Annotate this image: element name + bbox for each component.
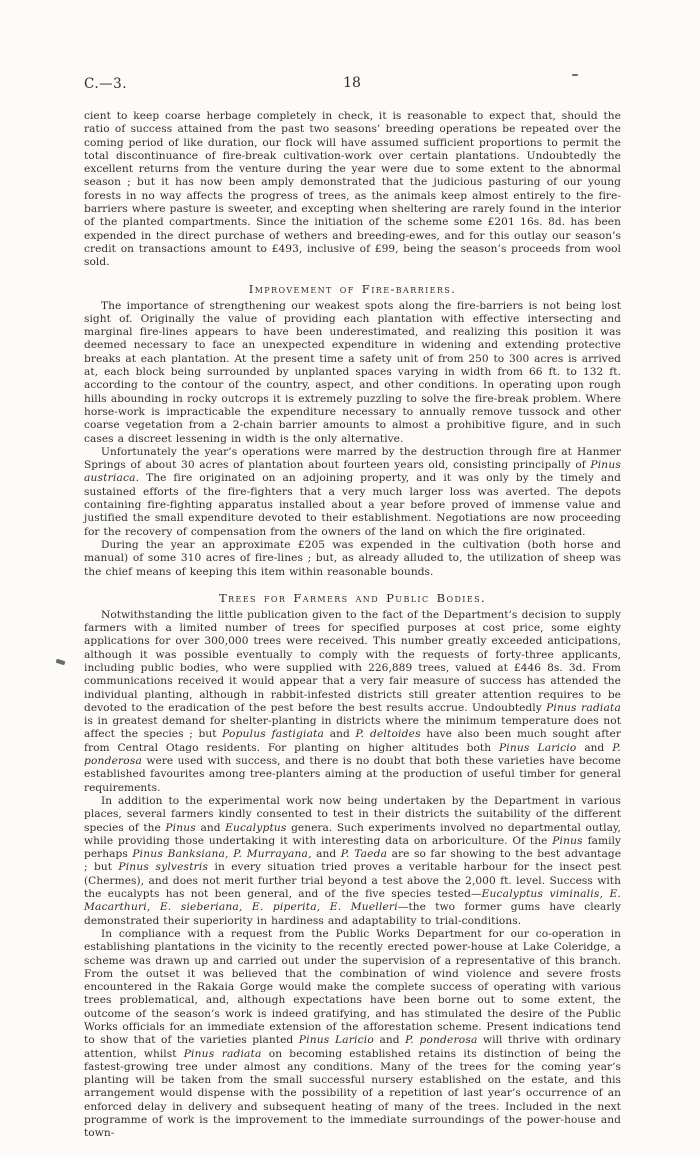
- paragraph: Notwithstanding the little publication g…: [84, 609, 621, 795]
- paragraph: Unfortunately the year’s operations were…: [84, 446, 621, 539]
- paragraph: In addition to the experimental work now…: [84, 795, 621, 928]
- section-heading: Improvement of Fire-barriers.: [84, 282, 621, 296]
- doc-reference: C.—3.: [84, 76, 127, 92]
- paragraph: cient to keep coarse herbage completely …: [84, 110, 621, 270]
- section-heading: Trees for Farmers and Public Bodies.: [84, 591, 621, 605]
- scan-artifact-mark: [56, 659, 66, 666]
- document-page: C.—3. 18 cient to keep coarse herbage co…: [0, 0, 700, 1157]
- page-number: 18: [343, 75, 361, 91]
- paragraph: During the year an approximate £205 was …: [84, 539, 621, 579]
- paragraph: The importance of strengthening our weak…: [84, 300, 621, 446]
- document-body: cient to keep coarse herbage completely …: [84, 110, 621, 1141]
- page-header: C.—3. 18: [84, 76, 620, 96]
- paragraph: In compliance with a request from the Pu…: [84, 928, 621, 1141]
